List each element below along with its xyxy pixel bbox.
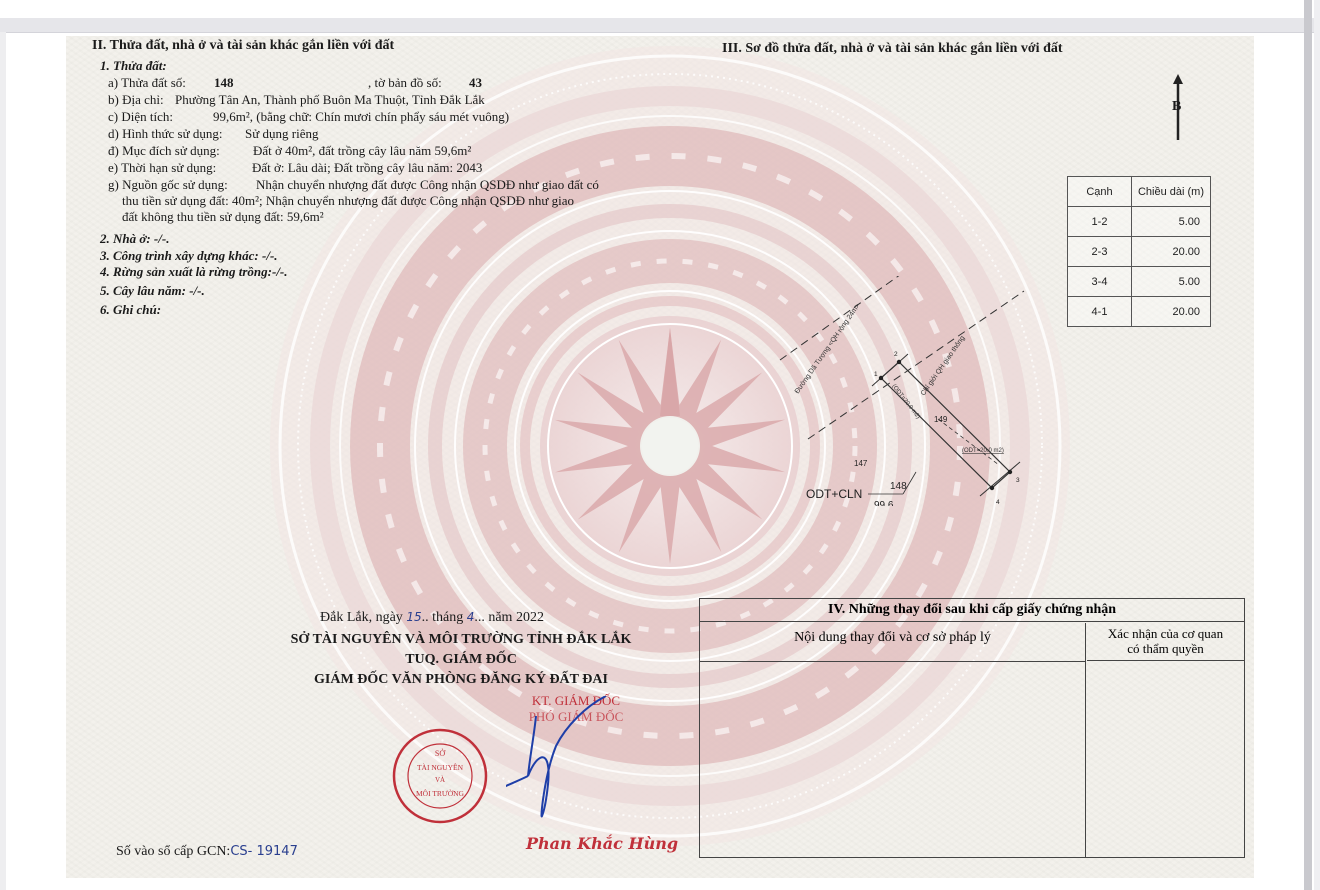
forest-line: 4. Rừng sản xuất là rừng trồng:-/-.: [100, 264, 288, 280]
origin-line-1: Nhận chuyển nhượng đất được Công nhận QS…: [256, 177, 599, 192]
tuq-line: TUQ. GIÁM ĐỐC: [246, 652, 676, 668]
vertical-scrollbar[interactable]: [1304, 0, 1312, 890]
svg-text:MÔI TRƯỜNG: MÔI TRƯỜNG: [416, 788, 465, 798]
term-label: e) Thời hạn sử dụng:: [108, 160, 216, 175]
map-parcel-number: 148: [890, 481, 907, 492]
edge-cell: 1-2: [1068, 207, 1132, 237]
handwritten-signature: [506, 696, 616, 826]
perennial-line: 5. Cây lâu năm: -/-.: [100, 283, 205, 299]
use-form-value: Sử dụng riêng: [245, 126, 319, 141]
neighbor-147: 147: [854, 459, 868, 468]
land-certificate-page: II. Thửa đất, nhà ở và tài sản khác gắn …: [66, 36, 1254, 878]
authority-header-line-1: Xác nhận của cơ quan: [1087, 626, 1244, 641]
viewer-right-edge: [1314, 0, 1320, 890]
north-label: B: [1172, 99, 1181, 115]
length-header: Chiều dài (m): [1132, 177, 1211, 207]
purpose-label: đ) Mục đích sử dụng:: [108, 143, 220, 158]
date-day: 15: [406, 610, 421, 624]
authority-header-line-2: có thẩm quyền: [1087, 641, 1244, 656]
origin-line-3: đất không thu tiền sử dụng đất: 59,6m²: [122, 209, 324, 224]
odt-label-inner: (ODT=20.0 m2): [890, 384, 920, 421]
point-4-label: 4: [996, 499, 1000, 506]
parcel-diagram: Đường Dã Tượng <QH rộng 24m> Chỉ giới QH…: [766, 276, 1086, 506]
term-value: Đất ở: Lâu dài; Đất trồng cây lâu năm: 2…: [252, 160, 482, 175]
date-prefix: Đắk Lắk, ngày: [320, 610, 403, 625]
date-line: Đắk Lắk, ngày 15.. tháng 4... năm 2022: [320, 610, 544, 626]
agency-name: SỞ TÀI NGUYÊN VÀ MÔI TRƯỜNG TỈNH ĐẮK LẮK: [246, 632, 676, 648]
svg-text:SỞ: SỞ: [435, 748, 446, 758]
table-row: 4-1 20.00: [1068, 297, 1211, 327]
other-construction-line: 3. Công trình xây dựng khác: -/-.: [100, 248, 278, 264]
land-type-label: ODT+CLN: [806, 487, 862, 501]
area-label: c) Diện tích:: [108, 109, 173, 124]
length-cell: 5.00: [1132, 267, 1211, 297]
road-label: Đường Dã Tượng <QH rộng 24m>: [794, 302, 862, 395]
table-row: 2-3 20.00: [1068, 237, 1211, 267]
area-value: 99,6m², (bằng chữ: Chín mươi chín phẩy s…: [213, 109, 509, 124]
section-2-title: II. Thửa đất, nhà ở và tài sản khác gắn …: [92, 38, 394, 54]
table-row: 3-4 5.00: [1068, 267, 1211, 297]
edge-cell: 2-3: [1068, 237, 1132, 267]
registry-label: Số vào sổ cấp GCN:: [116, 844, 230, 859]
length-cell: 20.00: [1132, 297, 1211, 327]
date-year: năm 2022: [488, 610, 544, 625]
origin-label: g) Nguồn gốc sử dụng:: [108, 177, 228, 192]
parcel-label: a) Thửa đất số:: [108, 75, 186, 90]
signer-name: Phan Khắc Hùng: [526, 834, 678, 853]
length-cell: 5.00: [1132, 207, 1211, 237]
length-cell: 20.00: [1132, 237, 1211, 267]
parcel-number: 148: [214, 75, 234, 90]
point-3-label: 3: [1016, 477, 1020, 484]
edge-length-table: Cạnh Chiều dài (m) 1-2 5.00 2-3 20.00 3-…: [1067, 176, 1211, 327]
map-parcel-area: 99.6: [874, 500, 894, 506]
table-row: 1-2 5.00: [1068, 207, 1211, 237]
viewer-toolbar-strip: [0, 18, 1320, 33]
notes-line: 6. Ghi chú:: [100, 302, 161, 318]
registry-line: Số vào sổ cấp GCN:CS- 19147: [116, 844, 298, 860]
changes-table: IV. Những thay đổi sau khi cấp giấy chứn…: [699, 598, 1245, 858]
authority-confirmation-header: Xác nhận của cơ quan có thẩm quyền: [1087, 623, 1244, 661]
section-3-title: III. Sơ đồ thửa đất, nhà ở và tài sản kh…: [722, 41, 1063, 57]
address-label: b) Địa chỉ:: [108, 92, 164, 107]
origin-line-2: thu tiền sử dụng đất: 40m²; Nhận chuyển …: [122, 193, 574, 208]
edge-header: Cạnh: [1068, 177, 1132, 207]
point-1-label: 1: [874, 371, 878, 378]
address-value: Phường Tân An, Thành phố Buôn Ma Thuột, …: [175, 92, 485, 107]
odt-label-side: (ODT=20.0 m2): [962, 448, 1004, 454]
point-2-label: 2: [894, 351, 898, 358]
changes-content-header: Nội dung thay đổi và cơ sở pháp lý: [700, 623, 1085, 662]
viewer-left-edge: [0, 32, 6, 890]
official-stamp: SỞ TÀI NGUYÊN VÀ MÔI TRƯỜNG: [390, 726, 490, 826]
purpose-value: Đất ở 40m², đất trồng cây lâu năm 59,6m²: [253, 143, 471, 158]
boundary-label: Chỉ giới QH giao thông: [919, 334, 966, 397]
svg-text:VÀ: VÀ: [435, 776, 445, 784]
month-prefix: tháng: [432, 610, 463, 625]
svg-text:TÀI NGUYÊN: TÀI NGUYÊN: [417, 762, 464, 772]
viewer-top-bar: [0, 0, 1320, 18]
use-form-label: d) Hình thức sử dụng:: [108, 126, 222, 141]
registry-number: CS- 19147: [230, 844, 298, 859]
land-heading: 1. Thửa đất:: [100, 58, 167, 74]
neighbor-149: 149: [934, 415, 948, 424]
section-4-title: IV. Những thay đổi sau khi cấp giấy chứn…: [700, 599, 1244, 622]
map-sheet-label: , tờ bản đồ số:: [368, 75, 442, 90]
house-line: 2. Nhà ở: -/-.: [100, 231, 169, 247]
map-sheet-number: 43: [469, 75, 482, 90]
director-title: GIÁM ĐỐC VĂN PHÒNG ĐĂNG KÝ ĐẤT ĐAI: [246, 672, 676, 688]
